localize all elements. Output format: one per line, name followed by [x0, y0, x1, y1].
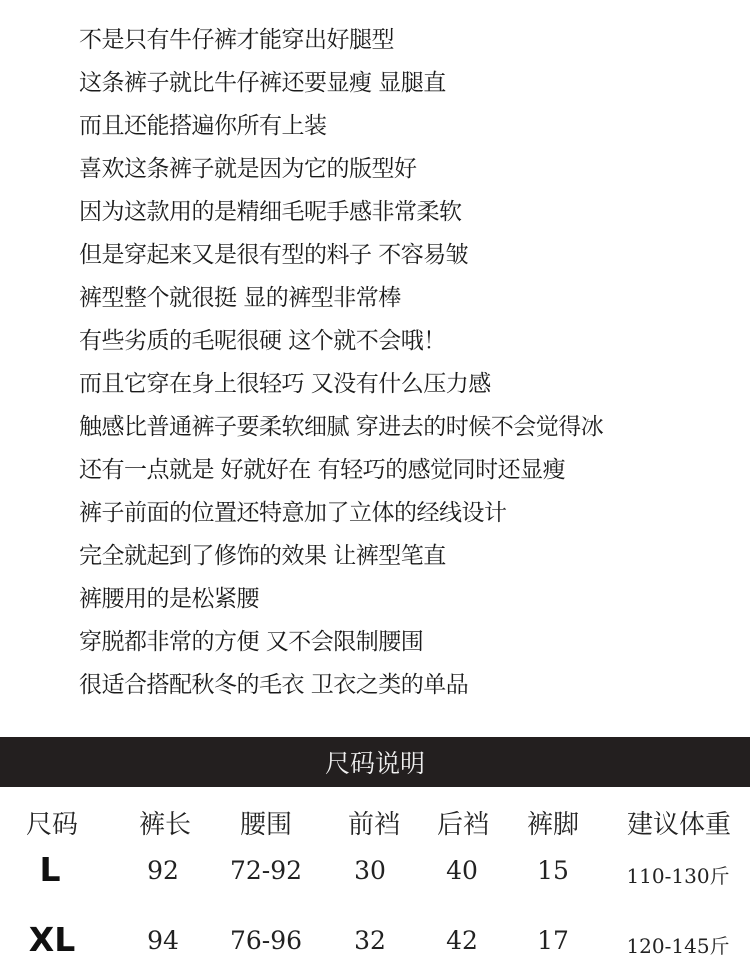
front-rise-value: 32: [354, 926, 386, 955]
description-line: 还有一点就是 好就好在 有轻巧的感觉同时还显瘦: [79, 452, 603, 495]
header-waist: 腰围: [240, 804, 292, 841]
table-row: XL 94 76-96 32 42 17 120-145斤: [0, 920, 750, 965]
description-line: 完全就起到了修饰的效果 让裤型笔直: [79, 538, 603, 581]
description-line: 很适合搭配秋冬的毛衣 卫衣之类的单品: [79, 667, 603, 710]
description-line: 这条裤子就比牛仔裤还要显瘦 显腿直: [79, 65, 603, 108]
leg-opening-value: 17: [537, 926, 569, 955]
size-label: XL: [29, 920, 75, 959]
description-line: 有些劣质的毛呢很硬 这个就不会哦！: [79, 323, 603, 366]
length-value: 94: [147, 926, 179, 955]
length-value: 92: [147, 856, 179, 885]
description-line: 而且还能搭遍你所有上装: [79, 108, 603, 151]
header-front-rise: 前裆: [348, 804, 400, 841]
description-line: 裤子前面的位置还特意加了立体的经线设计: [79, 495, 603, 538]
header-length: 裤长: [139, 804, 191, 841]
description-line: 不是只有牛仔裤才能穿出好腿型: [79, 22, 603, 65]
waist-value: 72-92: [230, 856, 302, 885]
leg-opening-value: 15: [537, 856, 569, 885]
description-line: 因为这款用的是精细毛呢手感非常柔软: [79, 194, 603, 237]
size-label: L: [39, 850, 60, 889]
size-chart-banner: 尺码说明: [0, 737, 750, 787]
header-leg-opening: 裤脚: [527, 804, 579, 841]
header-size: 尺码: [26, 804, 78, 841]
back-rise-value: 42: [446, 926, 478, 955]
weight-value: 110-130斤: [626, 860, 729, 889]
description-line: 穿脱都非常的方便 又不会限制腰围: [79, 624, 603, 667]
table-header-row: 尺码 裤长 腰围 前裆 后裆 裤脚 建议体重: [0, 798, 750, 848]
weight-value: 120-145斤: [626, 930, 729, 959]
size-chart-title: 尺码说明: [325, 744, 425, 780]
description-line: 而且它穿在身上很轻巧 又没有什么压力感: [79, 366, 603, 409]
header-back-rise: 后裆: [437, 804, 489, 841]
description-line: 但是穿起来又是很有型的料子 不容易皱: [79, 237, 603, 280]
front-rise-value: 30: [354, 856, 386, 885]
product-description: 不是只有牛仔裤才能穿出好腿型 这条裤子就比牛仔裤还要显瘦 显腿直 而且还能搭遍你…: [79, 22, 603, 710]
back-rise-value: 40: [446, 856, 478, 885]
header-weight: 建议体重: [627, 804, 731, 841]
description-line: 喜欢这条裤子就是因为它的版型好: [79, 151, 603, 194]
table-row: L 92 72-92 30 40 15 110-130斤: [0, 850, 750, 900]
description-line: 裤腰用的是松紧腰: [79, 581, 603, 624]
description-line: 裤型整个就很挺 显的裤型非常棒: [79, 280, 603, 323]
description-line: 触感比普通裤子要柔软细腻 穿进去的时候不会觉得冰: [79, 409, 603, 452]
waist-value: 76-96: [230, 926, 302, 955]
